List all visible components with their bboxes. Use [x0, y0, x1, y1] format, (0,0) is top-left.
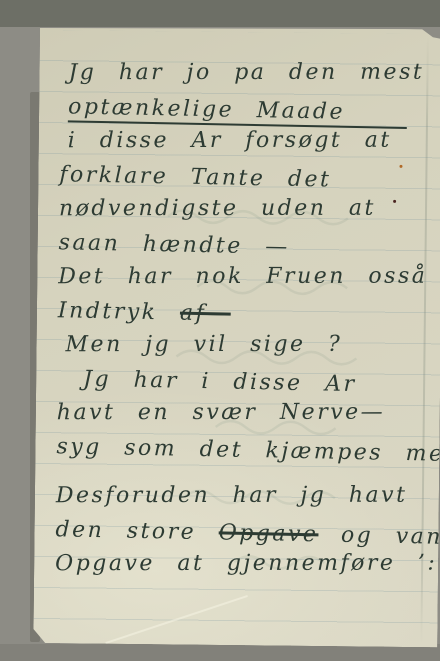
manuscript-line: syg som det kjæmpes med —: [56, 431, 440, 472]
manuscript-lines: Jg har jo pa den mestoptænkelige Maadei …: [55, 57, 440, 586]
handwriting-text: saan hændte —: [58, 230, 290, 260]
handwriting-text: den store: [55, 517, 219, 545]
handwriting-text: forklare Tante det: [59, 162, 331, 192]
handwriting-text: Jg har jo pa den mest: [68, 60, 424, 85]
manuscript-line: i disse Ar forsøgt at: [60, 125, 440, 160]
handwriting-text: nødvendigste uden at: [59, 196, 376, 221]
handwriting-text: syg som det kjæmpes med —: [56, 434, 440, 468]
handwriting-text: havt en svær Nerve—: [57, 400, 385, 425]
handwriting-text: optænkelige Maade: [68, 94, 345, 124]
manuscript-page: Jg har jo pa den mestoptænkelige Maadei …: [33, 25, 440, 647]
manuscript-line: Men jg vil sige ?: [58, 329, 440, 364]
manuscript-line: Desforuden har jg havt: [56, 480, 439, 515]
handwriting-text: Opgave at gjennemføre ’:: [55, 551, 437, 577]
photo-background: Jg har jo pa den mestoptænkelige Maadei …: [0, 0, 440, 661]
diagonal-crease: [105, 595, 248, 644]
table-top-shadow: [0, 0, 440, 27]
handwriting-text: Desforuden har jg havt: [56, 483, 408, 508]
handwriting-text: i disse Ar forsøgt at: [68, 128, 392, 153]
handwriting-text: Det har nok Fruen osså: [58, 264, 427, 290]
struck-out-word: af—: [180, 301, 231, 327]
manuscript-line: Opgave at gjennemføre ’:: [55, 548, 438, 583]
struck-out-word: Opgave: [218, 520, 318, 547]
handwriting-text: Indtryk: [58, 298, 181, 325]
underlined-phrase: optænkelige Maade: [68, 93, 407, 129]
manuscript-line: havt en svær Nerve—: [57, 397, 440, 432]
handwriting-text: Jg har i disse Ar: [83, 367, 357, 397]
manuscript-line: Jg har jo pa den mest: [60, 57, 440, 92]
handwriting-text: Men jg vil sige ?: [66, 332, 343, 357]
manuscript-line: nødvendigste uden at: [59, 193, 440, 228]
manuscript-line: Det har nok Fruen osså: [58, 261, 440, 296]
